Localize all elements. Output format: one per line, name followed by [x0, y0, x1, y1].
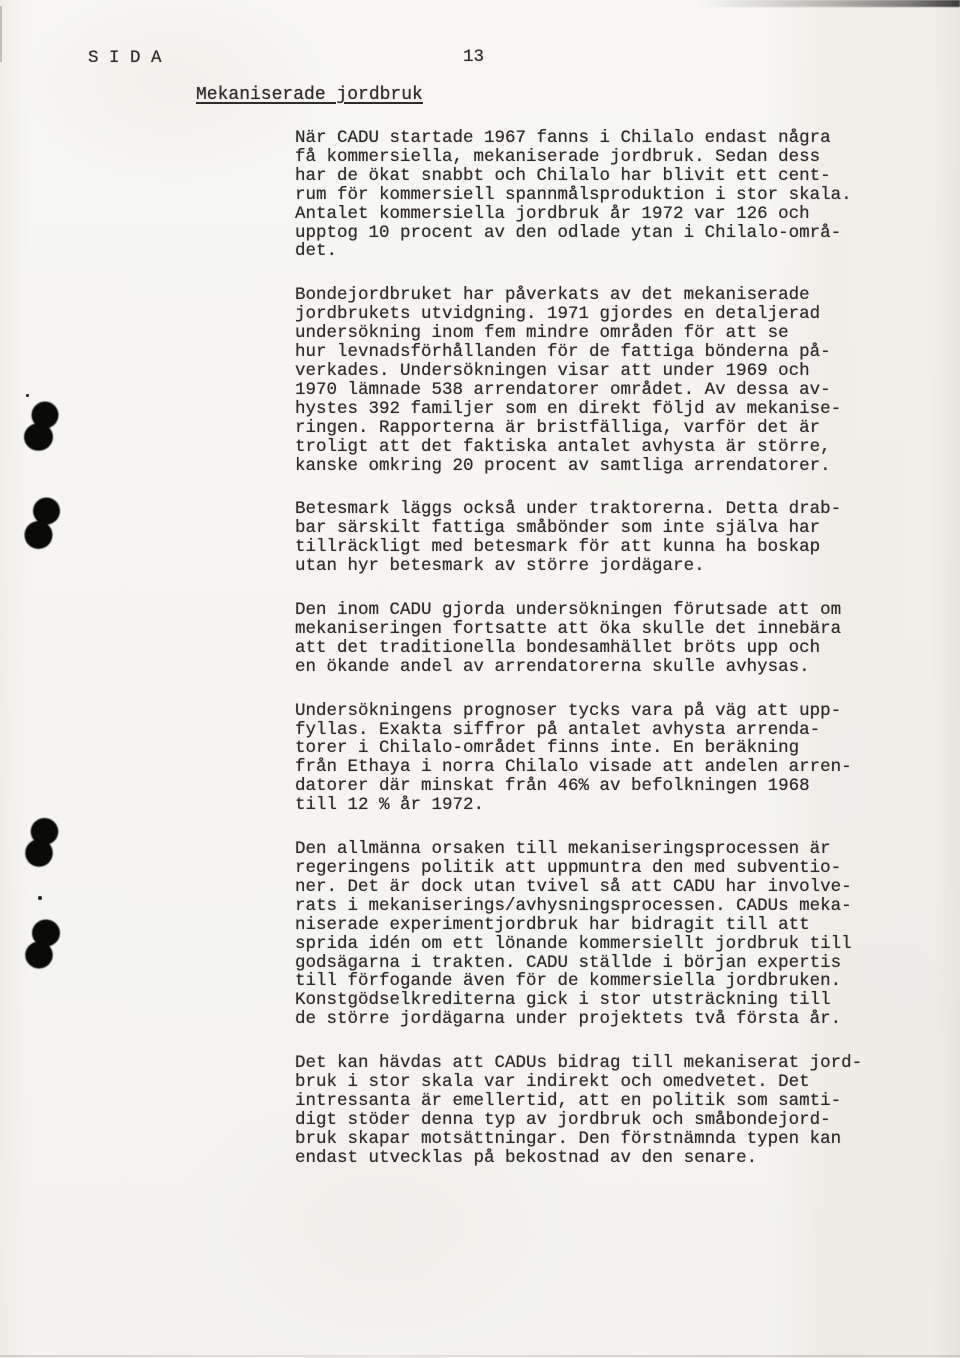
section-title: Mekaniserade jordbruk	[196, 85, 423, 105]
ink-blot-icon	[25, 817, 63, 869]
paragraph-6: Den allmänna orsaken till mekaniseringsp…	[295, 840, 875, 1029]
paragraph-5: Undersökningens prognoser tycks vara på …	[295, 702, 875, 815]
ink-blot-icon	[24, 400, 64, 454]
paragraph-4: Den inom CADU gjorda undersökningen föru…	[295, 601, 875, 677]
scan-edge-bottom	[0, 1355, 960, 1357]
page-number: 13	[463, 47, 484, 67]
document-page: S I D A 13 Mekaniserade jordbruk När CAD…	[0, 0, 960, 1358]
ink-blot-icon	[25, 918, 63, 971]
text-column: När CADU startade 1967 fanns i Chilalo e…	[295, 129, 875, 1193]
header-left-label: S I D A	[88, 48, 162, 68]
ink-speck	[26, 394, 29, 397]
paragraph-2: Bondejordbruket har påverkats av det mek…	[295, 286, 875, 475]
ink-speck	[38, 896, 42, 900]
ink-blot-icon	[24, 496, 64, 554]
scan-edge-left	[0, 6, 2, 62]
paragraph-1: När CADU startade 1967 fanns i Chilalo e…	[295, 129, 875, 261]
scan-smudge-top	[700, 0, 960, 7]
paragraph-7: Det kan hävdas att CADUs bidrag till mek…	[295, 1054, 875, 1167]
paragraph-3: Betesmark läggs också under traktorerna.…	[295, 500, 875, 576]
